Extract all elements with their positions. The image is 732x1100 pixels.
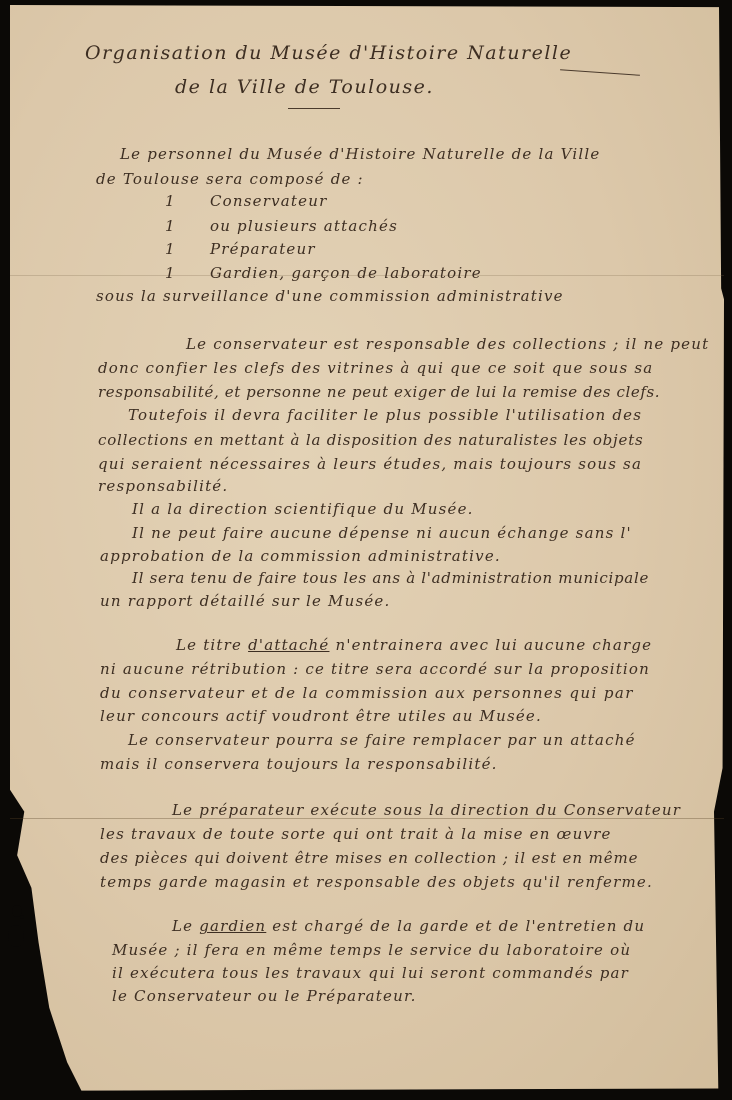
attache-line: du conservateur et de la commission aux …: [100, 684, 634, 702]
conservateur-line: un rapport détaillé sur le Musée.: [100, 592, 390, 610]
staff-count: 1: [165, 264, 176, 282]
conservateur-line: Toutefois il devra faciliter le plus pos…: [128, 406, 642, 424]
attache-text: n'entrainera avec lui aucune charge: [329, 636, 652, 654]
conservateur-line: donc confier les clefs des vitrines à qu…: [98, 359, 653, 377]
conservateur-line: approbation de la commission administrat…: [100, 547, 501, 565]
attache-text: Le titre: [176, 636, 248, 654]
gardien-line: il exécutera tous les travaux qui lui se…: [112, 964, 629, 982]
gardien-text: est chargé de la garde et de l'entretien…: [266, 917, 645, 935]
attache-line: Le titre d'attaché n'entrainera avec lui…: [176, 636, 652, 654]
staff-role: Gardien, garçon de laboratoire: [210, 264, 482, 282]
attache-line: mais il conservera toujours la responsab…: [100, 755, 498, 773]
conservateur-line: responsabilité, et personne ne peut exig…: [98, 383, 660, 401]
title-underline: [288, 108, 340, 109]
staff-count: 1: [165, 192, 176, 210]
staff-role: ou plusieurs attachés: [210, 217, 398, 235]
gardien-line: Le gardien est chargé de la garde et de …: [172, 917, 645, 935]
attache-line: ni aucune rétribution : ce titre sera ac…: [100, 660, 650, 678]
paper-damage-hole: [8, 925, 24, 947]
gardien-line: Musée ; il fera en même temps le service…: [112, 941, 631, 959]
attache-term: d'attaché: [248, 636, 329, 654]
attache-line: leur concours actif voudront être utiles…: [100, 707, 542, 725]
preparateur-line: temps garde magasin et responsable des o…: [100, 873, 653, 891]
conservateur-line: Le conservateur est responsable des coll…: [186, 335, 709, 353]
gardien-line: le Conservateur ou le Préparateur.: [112, 987, 417, 1005]
document-title-line1: Organisation du Musée d'Histoire Naturel…: [85, 42, 572, 64]
preparateur-line: des pièces qui doivent être mises en col…: [100, 849, 638, 867]
gardien-text: Le: [172, 917, 199, 935]
preparateur-line: les travaux de toute sorte qui ont trait…: [100, 825, 612, 843]
conservateur-line: collections en mettant à la disposition …: [98, 431, 644, 449]
conservateur-line: qui seraient nécessaires à leurs études,…: [98, 455, 642, 473]
conservateur-line: Il sera tenu de faire tous les ans à l'a…: [132, 569, 649, 587]
staff-role: Préparateur: [210, 240, 316, 258]
gardien-term: gardien: [199, 917, 266, 935]
document-title-line2: de la Ville de Toulouse.: [175, 76, 434, 98]
attache-line: Le conservateur pourra se faire remplace…: [128, 731, 636, 749]
staff-count: 1: [165, 217, 176, 235]
staff-role: Conservateur: [210, 192, 327, 210]
staff-count: 1: [165, 240, 176, 258]
personnel-intro-line2: de Toulouse sera composé de :: [96, 170, 364, 188]
conservateur-line: responsabilité.: [98, 477, 228, 495]
conservateur-line: Il ne peut faire aucune dépense ni aucun…: [132, 524, 632, 542]
personnel-outro: sous la surveillance d'une commission ad…: [96, 287, 564, 305]
paper-damage-hole: [20, 915, 24, 919]
preparateur-line: Le préparateur exécute sous la direction…: [172, 801, 681, 819]
conservateur-line: Il a la direction scientifique du Musée.: [132, 500, 474, 518]
personnel-intro-line1: Le personnel du Musée d'Histoire Naturel…: [120, 145, 600, 163]
